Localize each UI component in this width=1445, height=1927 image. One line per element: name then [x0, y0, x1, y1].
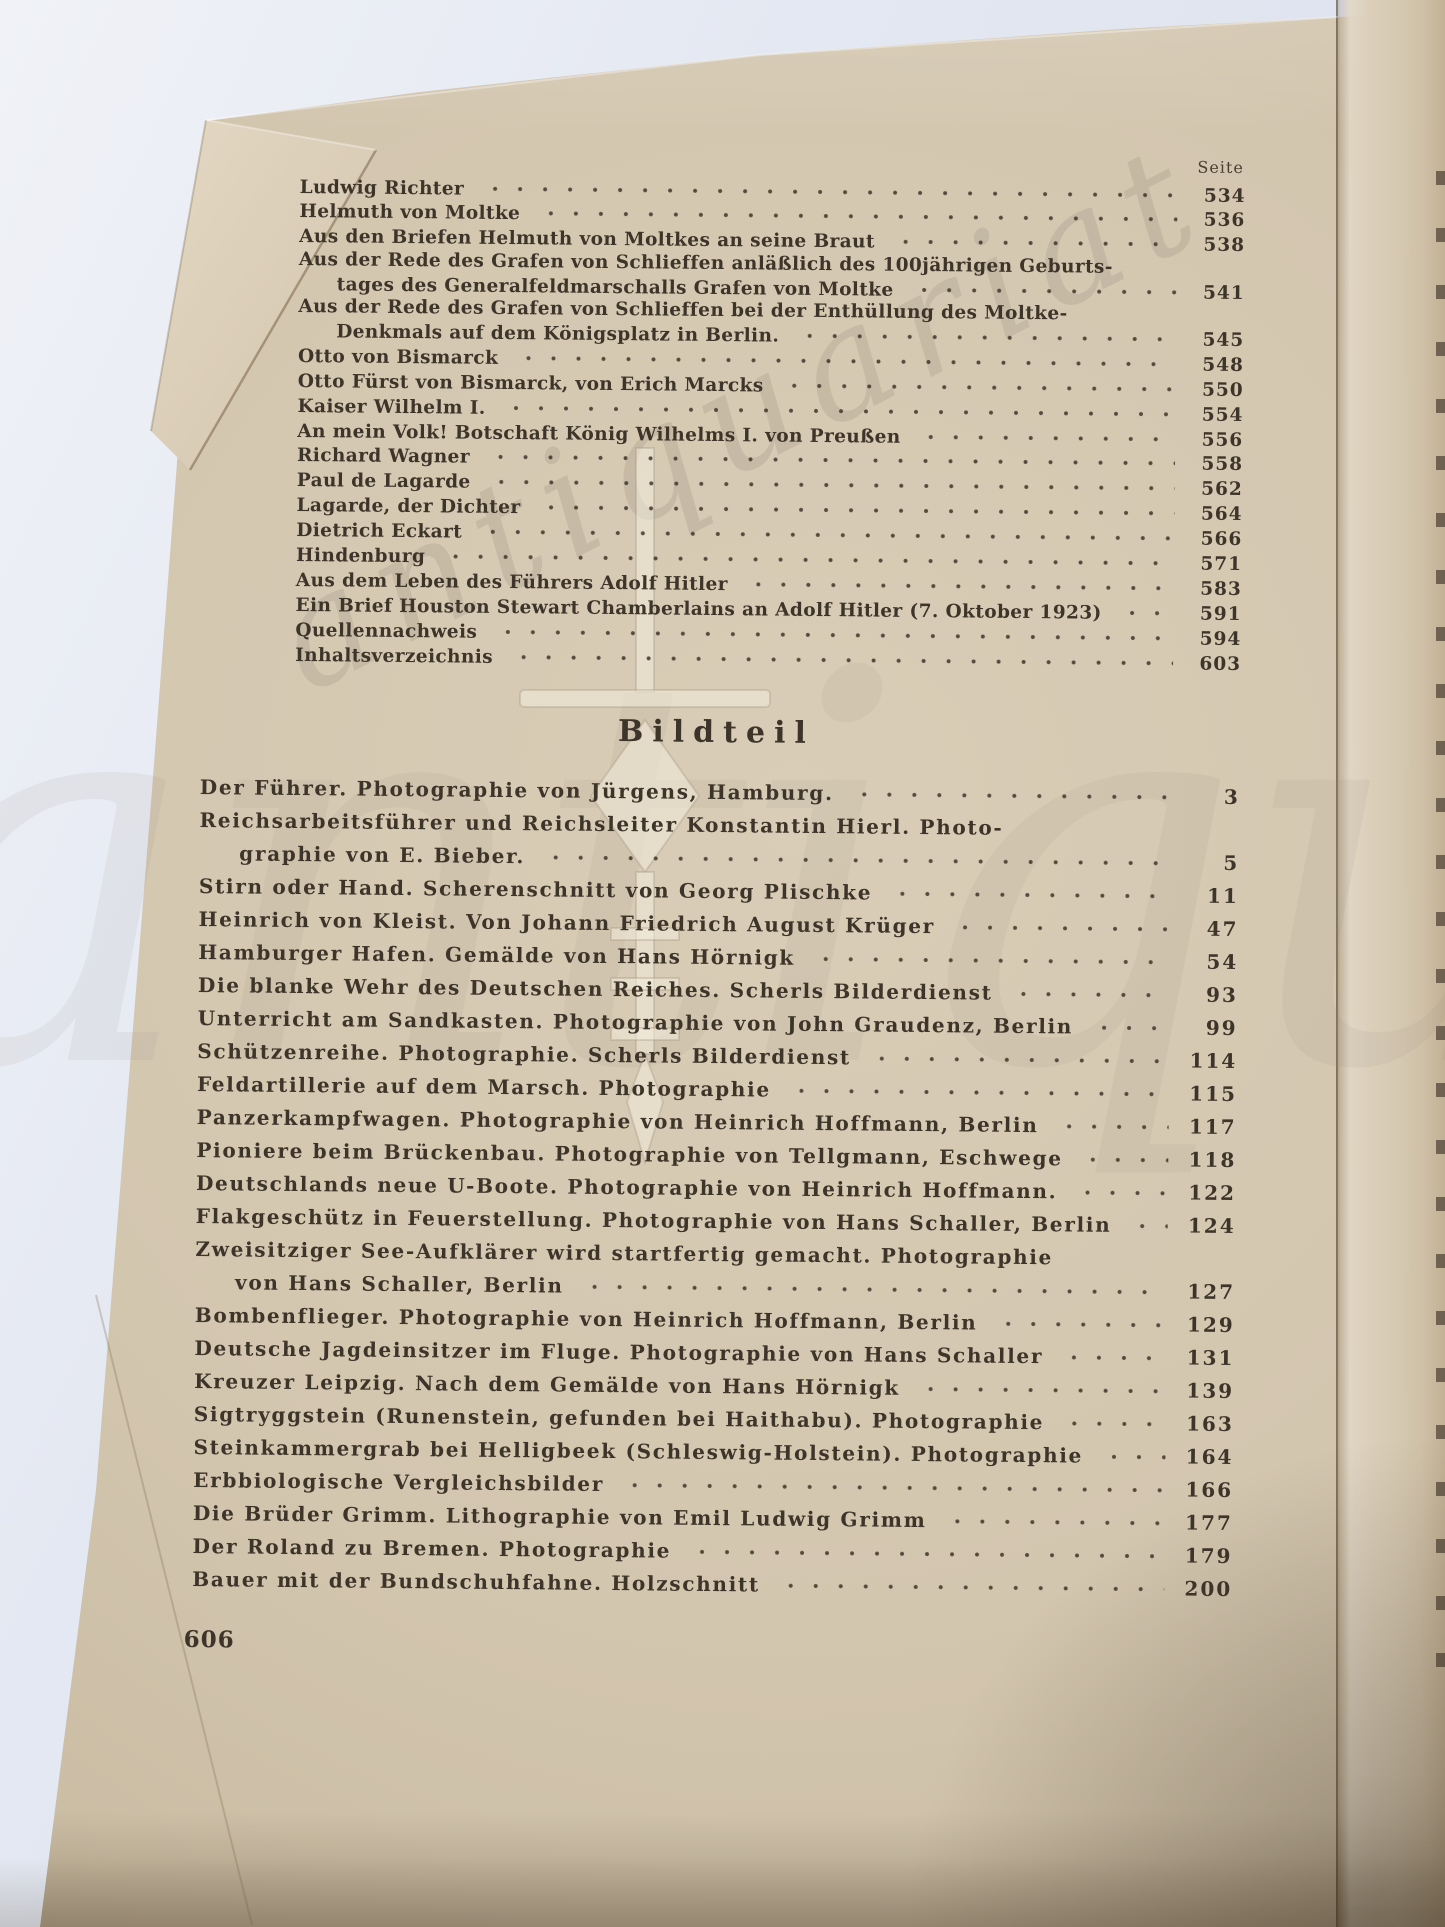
leader-dots — [783, 1077, 1169, 1101]
entry-page-number: 177 — [1169, 1507, 1233, 1541]
leader-dots — [1069, 1179, 1168, 1200]
leader-dots — [683, 1538, 1165, 1563]
entry-page-number: 127 — [1171, 1276, 1235, 1310]
entry-page-number: 118 — [1172, 1144, 1236, 1178]
entry-title: Bauer mit der Bundschuhfahne. Holzschnit… — [192, 1563, 760, 1601]
entry-page-number: 179 — [1168, 1540, 1232, 1574]
entry-title: Inhaltsverzeichnis — [295, 645, 493, 669]
leader-dots — [807, 945, 1170, 968]
entry-page-number: 163 — [1170, 1408, 1234, 1442]
leader-dots — [906, 277, 1177, 298]
next-page-type-fragments — [1436, 135, 1445, 1705]
entry-title: Richard Wagner — [297, 445, 470, 469]
entry-page-number: 139 — [1170, 1375, 1234, 1409]
entry-page-number: 534 — [1181, 185, 1245, 208]
leader-dots — [887, 229, 1177, 250]
entry-page-number: 550 — [1180, 379, 1244, 402]
leader-dots — [1050, 1112, 1168, 1133]
page-fold-line — [1336, 0, 1338, 1927]
toc-section: Ludwig Richter 534 Helmuth von Moltke 53… — [193, 173, 1246, 676]
entry-page-number: 124 — [1172, 1210, 1236, 1244]
leader-dots — [1055, 1343, 1166, 1364]
photo-background: antiquariat antiquariat Seite — [0, 0, 1445, 1927]
leader-dots — [772, 1572, 1165, 1596]
leader-dots — [884, 880, 1171, 903]
leader-dots — [989, 1310, 1166, 1332]
leader-dots — [846, 780, 1172, 803]
entry-title: Ludwig Richter — [300, 176, 465, 200]
entry-page-number: 583 — [1178, 578, 1242, 601]
entry-title: Denkmals auf dem Königsplatz in Berlin. — [336, 321, 779, 348]
leader-dots — [1056, 1409, 1166, 1430]
entry-page-number: 47 — [1174, 913, 1238, 947]
entry-page-number: 558 — [1179, 454, 1243, 477]
leader-dots — [1095, 1443, 1166, 1464]
bildteil-section: Der Führer. Photographie von Jürgens, Ha… — [184, 771, 1240, 1606]
entry-page-number: 536 — [1181, 210, 1245, 233]
entry-page-number: 594 — [1177, 628, 1241, 651]
leader-dots — [740, 572, 1174, 595]
entry-page-number: 554 — [1179, 404, 1243, 427]
entry-page-number: 117 — [1172, 1111, 1236, 1145]
entry-title: Kaiser Wilhelm I. — [297, 396, 485, 420]
leader-dots — [938, 1507, 1164, 1529]
entry-title: Feldartillerie auf dem Marsch. Photograp… — [197, 1068, 771, 1107]
entry-page-number: 114 — [1173, 1045, 1237, 1079]
entry-title: Quellennachweis — [295, 620, 477, 644]
bildteil-heading: Bildteil — [192, 710, 1240, 755]
entry-page-number: 566 — [1178, 529, 1242, 552]
leader-dots — [1005, 980, 1171, 1002]
page-content: Seite Ludwig Richter 534 Helmuth von Mol… — [184, 148, 1246, 1663]
entry-page-number: 11 — [1175, 880, 1239, 914]
entry-title: Aus dem Leben des Führers Adolf Hitler — [296, 570, 728, 597]
entry-title: Helmuth von Moltke — [299, 201, 520, 226]
entry-page-number: 5 — [1175, 847, 1239, 881]
entry-title: Paul de Lagarde — [297, 470, 471, 494]
entry-page-number: 115 — [1173, 1078, 1237, 1112]
entry-page-number: 538 — [1181, 235, 1245, 258]
entry-page-number: 545 — [1180, 329, 1244, 352]
entry-page-number: 603 — [1177, 653, 1241, 676]
leader-dots — [616, 1471, 1165, 1496]
entry-title: Der Roland zu Bremen. Photographie — [192, 1530, 671, 1568]
entry-title: Otto von Bismarck — [298, 346, 498, 370]
entry-title: von Hans Schaller, Berlin — [235, 1267, 564, 1303]
entry-page-number: 166 — [1169, 1474, 1233, 1508]
entry-title: Erbbiologische Vergleichsbilder — [193, 1464, 604, 1501]
entry-title: Dietrich Eckart — [296, 520, 462, 544]
entry-page-number: 541 — [1181, 282, 1245, 305]
entry-title: Otto Fürst von Bismarck, von Erich Marck… — [298, 371, 764, 398]
entry-page-number: 129 — [1171, 1309, 1235, 1343]
entry-page-number: 3 — [1176, 781, 1240, 815]
entry-title: Lagarde, der Dichter — [296, 495, 520, 520]
entry-page-number: 564 — [1178, 504, 1242, 527]
entry-title: graphie von E. Bieber. — [239, 838, 525, 874]
leader-dots — [1114, 600, 1174, 619]
leader-dots — [576, 1273, 1168, 1299]
entry-title: Hindenburg — [296, 545, 425, 569]
entry-page-number: 548 — [1180, 354, 1244, 377]
leader-dots — [947, 913, 1171, 935]
entry-page-number: 591 — [1177, 603, 1241, 626]
entry-page-number: 99 — [1173, 1012, 1237, 1046]
leader-dots — [912, 1375, 1166, 1397]
leader-dots — [476, 176, 1178, 201]
leader-dots — [1085, 1014, 1170, 1035]
entry-page-number: 54 — [1174, 946, 1238, 980]
entry-page-number: 556 — [1179, 429, 1243, 452]
leader-dots — [537, 843, 1171, 869]
leader-dots — [1123, 1212, 1168, 1232]
entry-page-number: 164 — [1169, 1441, 1233, 1475]
leader-dots — [1075, 1146, 1169, 1167]
leader-dots — [776, 373, 1176, 395]
entry-page-number: 571 — [1178, 554, 1242, 577]
leader-dots — [791, 323, 1176, 345]
entry-page-number: 200 — [1168, 1573, 1232, 1607]
entry-page-number: 562 — [1179, 479, 1243, 502]
leader-dots — [913, 424, 1176, 445]
page-stack-edge — [1336, 0, 1445, 1927]
entry-page-number: 122 — [1172, 1177, 1236, 1211]
entry-page-number: 131 — [1170, 1342, 1234, 1376]
leader-dots — [863, 1045, 1170, 1068]
entry-page-number: 93 — [1174, 979, 1238, 1013]
